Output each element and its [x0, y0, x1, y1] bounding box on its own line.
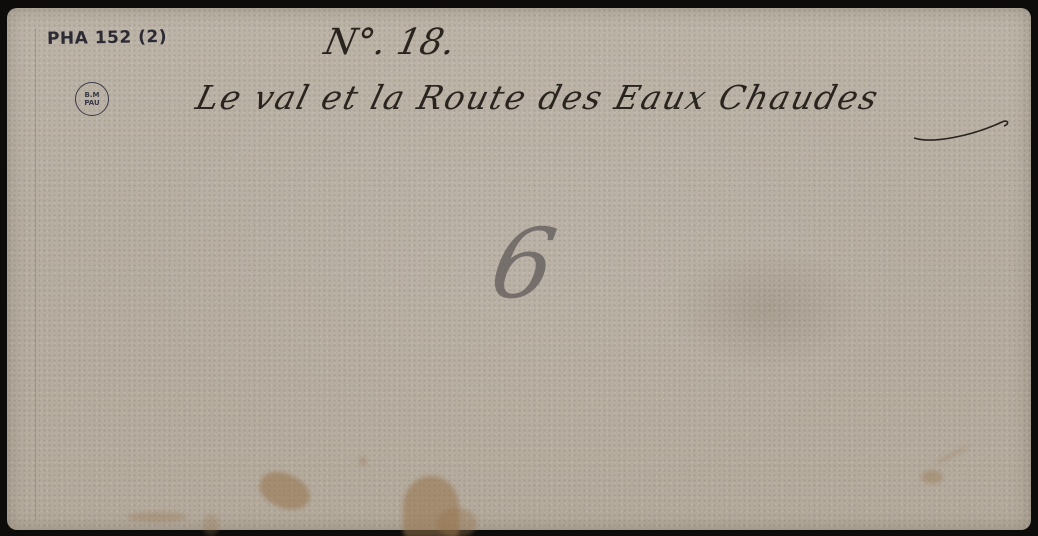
stain — [921, 470, 943, 484]
stain — [359, 456, 367, 466]
fold-line — [35, 28, 36, 520]
shelfmark-label: PHA 152 (2) — [47, 27, 167, 49]
library-stamp: B.M PAU — [75, 82, 109, 116]
handwritten-number-label: N°. 18. — [321, 22, 459, 63]
stain — [127, 512, 187, 522]
stain — [203, 514, 219, 536]
pencil-number: 6 — [483, 208, 564, 320]
stain — [437, 508, 477, 536]
handwritten-title: Le val et la Route des Eaux Chaudes — [192, 78, 883, 117]
stamp-line-1: B.M — [85, 91, 100, 99]
card-verso: PHA 152 (2) B.M PAU N°. 18. Le val et la… — [7, 8, 1031, 530]
stain — [255, 466, 315, 516]
stain — [933, 444, 970, 466]
signature-flourish-icon — [912, 116, 1012, 144]
stamp-line-2: PAU — [84, 99, 99, 107]
